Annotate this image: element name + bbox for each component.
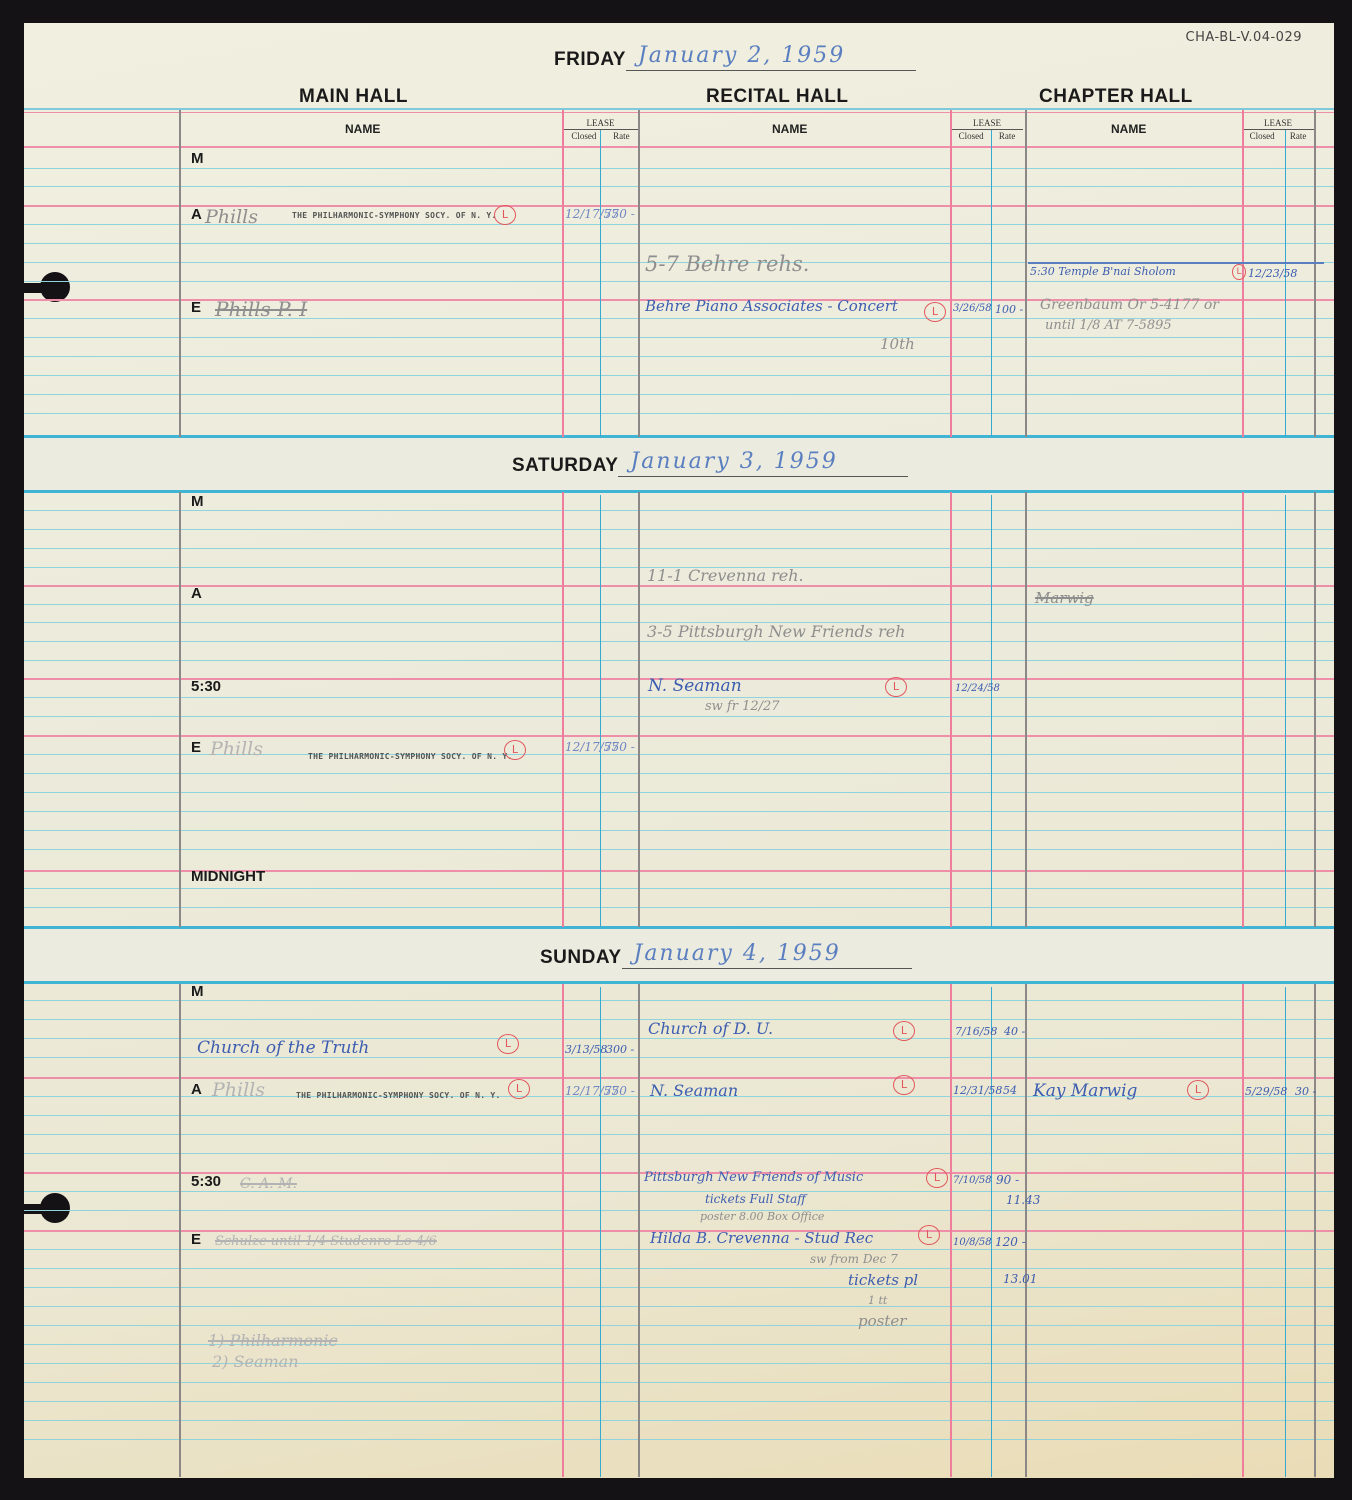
booking-note: Phills <box>205 206 258 228</box>
handwritten-date: January 2, 1959 <box>638 43 845 68</box>
lease-rate: 30 - <box>1295 1085 1316 1098</box>
lease-closed-date: 7/16/58 <box>955 1025 997 1038</box>
rehearsal-note: 5-7 Behre rehs. <box>645 252 809 276</box>
ticket-amount: 13.01 <box>1003 1272 1037 1286</box>
booking-name: Kay Marwig <box>1033 1081 1137 1101</box>
rehearsal-note: 11-1 Crevenna reh. <box>647 566 804 585</box>
name-column-header: NAME <box>772 122 807 136</box>
lease-rate: 100 - <box>995 303 1023 316</box>
crossed-out-note: Marwig <box>1035 589 1094 607</box>
time-label-afternoon: A <box>191 206 202 223</box>
day-header-friday: FRIDAY January 2, 1959 <box>554 44 916 71</box>
lease-check-mark: L <box>926 1168 948 1188</box>
hall-recital: RECITAL HALL <box>706 86 849 108</box>
booking-name: Behre Piano Associates - Concert <box>645 297 898 315</box>
lease-rate: 750 - <box>604 1084 635 1098</box>
hall-chapter: CHAPTER HALL <box>1039 86 1193 108</box>
booking-subnote: sw fr 12/27 <box>705 699 780 714</box>
crossed-out-note: Schulze until 1/4 Studenro Lo 4/6 <box>215 1234 437 1249</box>
booking-note: Phills <box>210 738 263 760</box>
name-column-header: NAME <box>1111 122 1146 136</box>
lease-check-mark: L <box>893 1021 915 1041</box>
booking-name: Church of D. U. <box>648 1019 773 1038</box>
lease-check-mark: L <box>885 677 907 697</box>
contact-subnote: until 1/8 AT 7-5895 <box>1045 318 1172 333</box>
lease-closed-date: 12/24/58 <box>955 683 1000 694</box>
lease-check-mark: L <box>924 302 946 322</box>
lease-check-mark: L <box>918 1225 940 1245</box>
handwritten-date: January 3, 1959 <box>630 449 837 474</box>
handwritten-date: January 4, 1959 <box>634 941 841 966</box>
contact-note: Greenbaum Or 5-4177 or <box>1040 297 1219 313</box>
booking-name: Pittsburgh New Friends of Music <box>644 1170 863 1185</box>
binder-hole <box>40 272 70 302</box>
booking-subnote: 10th <box>880 335 915 353</box>
booking-note: Phills <box>212 1079 265 1101</box>
lease-check-mark: L <box>508 1079 530 1099</box>
rubber-stamp: THE PHILHARMONIC-SYMPHONY SOCY. OF N. Y. <box>308 752 513 761</box>
time-label-evening: E <box>191 739 201 756</box>
tickets-note: tickets pl <box>848 1271 918 1289</box>
ticket-amount: 11.43 <box>1006 1193 1040 1207</box>
lease-rate: 750 - <box>604 740 635 754</box>
lease-check-mark: L <box>893 1075 915 1095</box>
lease-rate: 120 - <box>995 1235 1026 1249</box>
lease-closed-date: 5/29/58 <box>1245 1085 1287 1098</box>
name-column-header: NAME <box>345 122 380 136</box>
rehearsal-note: 3-5 Pittsburgh New Friends reh <box>647 622 905 641</box>
booking-subnote: tickets Full Staff <box>705 1192 806 1206</box>
crossed-out-note: C. A. M. <box>240 1176 297 1192</box>
booking-name: N. Seaman <box>648 676 742 696</box>
lease-check-mark: L <box>1232 264 1246 280</box>
time-label-530: 5:30 <box>191 678 221 695</box>
crossed-out-note: Phills P. I <box>215 297 307 321</box>
lease-closed-date: 7/10/58 <box>953 1175 992 1186</box>
time-label-530: 5:30 <box>191 1173 221 1190</box>
hall-main: MAIN HALL <box>299 86 408 108</box>
time-label-evening: E <box>191 1231 201 1248</box>
lease-closed-date: 12/23/58 <box>1248 267 1297 280</box>
rubber-stamp: THE PHILHARMONIC-SYMPHONY SOCY. OF N. Y. <box>292 211 497 220</box>
lease-header: LEASE ClosedRate <box>1242 118 1314 141</box>
lease-rate: 90 - <box>996 1173 1019 1187</box>
time-label-afternoon: A <box>191 585 202 602</box>
lease-closed-date: 3/13/58 <box>565 1043 607 1056</box>
poster-note: poster <box>858 1312 906 1330</box>
day-header-saturday: SATURDAY January 3, 1959 <box>512 450 908 477</box>
lease-rate: 750 - <box>604 207 635 221</box>
lease-check-mark: L <box>494 205 516 225</box>
crossed-out-note: 1) Philharmonic <box>208 1331 338 1350</box>
pencil-note: 2) Seaman <box>212 1352 299 1371</box>
binder-hole <box>40 1193 70 1223</box>
time-label-morning: M <box>191 983 204 1000</box>
lease-check-mark: L <box>504 740 526 760</box>
day-name: FRIDAY <box>554 49 626 71</box>
rubber-stamp: THE PHILHARMONIC-SYMPHONY SOCY. OF N. Y. <box>296 1091 501 1100</box>
booking-name: N. Seaman <box>650 1081 738 1100</box>
booking-subnote: sw from Dec 7 <box>810 1252 898 1266</box>
lease-check-mark: L <box>497 1034 519 1054</box>
time-label-evening: E <box>191 299 201 316</box>
lease-rate: 300 - <box>606 1043 634 1056</box>
lease-rate: 40 - <box>1004 1025 1025 1038</box>
time-label-morning: M <box>191 493 204 510</box>
lease-header: LEASE ClosedRate <box>951 118 1023 141</box>
booking-subnote: poster 8.00 Box Office <box>700 1210 824 1223</box>
time-label-afternoon: A <box>191 1081 202 1098</box>
lease-closed-date: 12/31/58 <box>953 1084 1002 1097</box>
booking-name: 5:30 Temple B'nai Sholom <box>1030 265 1176 278</box>
booking-name: Church of the Truth <box>197 1038 369 1058</box>
catalog-id: CHA-BL-V.04-029 <box>1186 30 1302 45</box>
booking-name: Hilda B. Crevenna - Stud Rec <box>650 1229 873 1247</box>
lease-check-mark: L <box>1187 1080 1209 1100</box>
pencil-note: 1 tt <box>868 1294 887 1307</box>
lease-closed-date: 3/26/58 <box>953 303 992 314</box>
lease-rate: 54 <box>1003 1084 1017 1097</box>
time-label-midnight: MIDNIGHT <box>191 868 265 885</box>
time-label-morning: M <box>191 150 204 167</box>
day-header-sunday: SUNDAY January 4, 1959 <box>540 942 912 969</box>
lease-closed-date: 10/8/58 <box>953 1237 992 1248</box>
